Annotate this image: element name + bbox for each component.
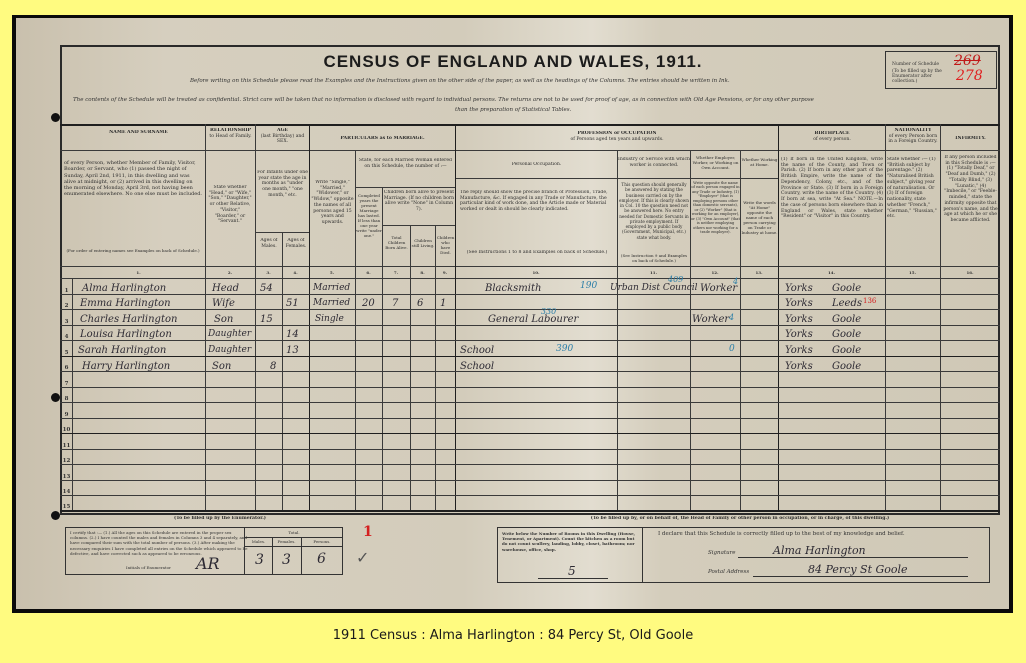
grid-line [245, 546, 343, 547]
census-form-border [60, 45, 1000, 515]
cell-town: Goole [832, 314, 861, 325]
column-number: 8. [410, 270, 435, 275]
cell-age-female: 13 [286, 345, 299, 356]
cell-relationship: Head [212, 283, 239, 294]
column-number: 12. [690, 270, 740, 275]
column-number: 4. [282, 270, 309, 275]
grid-line [778, 124, 779, 510]
rooms-box: Write below the Number of Rooms in this … [497, 527, 643, 583]
column-number: 6. [355, 270, 382, 275]
row-line [60, 325, 1000, 326]
enumerator-initials-label: Initials of Enumerator [126, 565, 171, 570]
column-number: 7. [382, 270, 410, 275]
cell-condition: Married [313, 283, 350, 293]
instruction-line-1: Before writing on this Schedule please r… [190, 78, 730, 84]
row-line [60, 418, 1000, 419]
schedule-number-corrected: 278 [956, 68, 983, 84]
cell-name: Emma Harlington [80, 298, 171, 309]
header-name: NAME AND SURNAME [72, 130, 205, 136]
header-industry-note: (See Instruction 9 and Examples on back … [619, 253, 689, 263]
row-number: 14 [61, 489, 72, 495]
header-birthplace: BIRTHPLACEof every person. [779, 131, 885, 142]
header-home-body: Write the words "At Home" opposite the n… [741, 200, 778, 235]
cell-condition: Married [313, 298, 350, 308]
postal-address: 84 Percy St Goole [808, 563, 908, 576]
cell-employer: Worker [692, 314, 729, 325]
grid-line [245, 537, 343, 538]
header-infirmity-body: If any person included in this Schedule … [942, 155, 999, 224]
cell-age-male: 15 [260, 314, 273, 325]
row-line [60, 387, 1000, 388]
postal-address-label: Postal Address [708, 569, 749, 576]
header-industry: Industry or Service with which worker is… [618, 157, 690, 168]
grid-line [72, 278, 73, 510]
header-married-woman: State, for each Married Woman entered on… [356, 158, 455, 169]
cell-county: Yorks [785, 345, 813, 356]
row-line [60, 464, 1000, 465]
header-nationality-body: State whether :— (1) "British subject by… [887, 157, 939, 220]
grid-line [885, 124, 886, 510]
header-age-males: Ages of Males. [256, 238, 282, 249]
cell-name: Louisa Harlington [80, 329, 172, 340]
cell-name: Alma Harlington [82, 283, 166, 294]
grid-line [382, 225, 455, 226]
cell-name: Charles Harlington [80, 314, 177, 325]
header-relationship-body: State whether "Head," or "Wife," "Son," … [207, 185, 253, 225]
row-number: 11 [61, 443, 72, 449]
check-mark: ✓ [356, 548, 369, 567]
row-number: 10 [61, 427, 72, 433]
cell-occupation-code: 190 [580, 281, 597, 291]
header-employer: Whether Employer, Worker, or Working on … [691, 155, 740, 170]
row-number: 6 [61, 365, 72, 371]
cell-county: Yorks [785, 298, 813, 309]
grid-line [205, 124, 206, 510]
total-males: 3 [255, 552, 264, 568]
row-number: 1 [61, 288, 72, 294]
grid-line [255, 124, 256, 510]
grid-line [410, 225, 411, 510]
cell-industry: Urban Dist Council [610, 283, 698, 293]
cell-birthplace-code: 136 [863, 297, 876, 305]
image-caption: 1911 Census : Alma Harlington : 84 Percy… [0, 628, 1026, 643]
cell-relationship: Daughter [208, 345, 251, 355]
column-number: 14. [778, 270, 885, 275]
row-number: 8 [61, 396, 72, 402]
enumerator-initials: AR [196, 554, 220, 573]
form-title: CENSUS OF ENGLAND AND WALES, 1911. [0, 52, 1026, 72]
header-name-body: of every Person, whether Member of Famil… [64, 160, 202, 198]
header-home: Whether Working at Home. [741, 157, 778, 167]
grid-line [60, 278, 1000, 279]
cell-county: Yorks [785, 314, 813, 325]
header-personal-occupation: Personal Occupation. [456, 162, 617, 168]
cell-occupation: Blacksmith [485, 283, 541, 294]
grid-line [455, 124, 456, 510]
total-persons: 6 [317, 551, 326, 567]
grid-line [60, 124, 1000, 126]
cell-name: Harry Harlington [82, 361, 170, 372]
head-section-heading: (To be filled up by, or on behalf of, th… [500, 516, 980, 522]
row-line [60, 433, 1000, 434]
header-profession: PROFESSION or OCCUPATIONof Persons aged … [456, 131, 778, 142]
row-number: 5 [61, 350, 72, 356]
persons-label: Persons. [301, 539, 343, 544]
grid-line [60, 150, 1000, 151]
cell-children-died: 1 [440, 298, 446, 309]
enumerator-box: I certify that :— (1.) All the ages on t… [65, 527, 343, 575]
cell-occupation-code: 330 [541, 307, 556, 316]
cell-county: Yorks [785, 283, 813, 294]
cell-occupation: School [460, 361, 494, 372]
punch-hole [51, 113, 60, 122]
cell-town: Goole [832, 345, 861, 356]
cell-relationship: Wife [212, 298, 235, 309]
cell-occupation: School [460, 345, 494, 356]
row-number: 4 [61, 334, 72, 340]
schedule-number-crossed: 269 [954, 53, 981, 69]
row-number: 2 [61, 303, 72, 309]
declaration-text: I declare that this Schedule is correctl… [658, 531, 905, 538]
row-line [60, 510, 1000, 512]
row-line [60, 495, 1000, 496]
grid-line [940, 124, 941, 510]
row-number: 15 [61, 504, 72, 510]
totals-box: Total. Males. Females. Persons. 3 3 6 [244, 528, 343, 574]
address-line [753, 576, 968, 577]
cell-industry-code: 409 [668, 275, 683, 284]
instruction-line-3: than the preparation of Statistical Tabl… [455, 107, 571, 113]
enumerator-heading: (To be filled up by the Enumerator.) [120, 516, 320, 522]
cell-relationship: Son [212, 361, 231, 372]
grid-line [355, 187, 455, 188]
cell-employer: Worker [700, 283, 737, 294]
total-label: Total. [245, 530, 343, 535]
cell-county: Yorks [785, 361, 813, 372]
row-line [60, 294, 1000, 295]
grid-line [435, 225, 436, 510]
cell-town: Goole [832, 329, 861, 340]
cell-employer-code: 4 [729, 313, 734, 322]
header-age-body: For Infants under one year state the age… [257, 170, 308, 199]
grid-line [617, 150, 618, 510]
rooms-count: 5 [568, 564, 576, 578]
grid-line [60, 266, 1000, 267]
header-marriage-condition: Write "Single," "Married," "Widower," or… [311, 180, 354, 226]
header-employer-body: Write opposite the name of each person e… [691, 181, 740, 235]
cell-county: Yorks [785, 329, 813, 340]
grid-line [309, 124, 310, 510]
cell-age-female: 51 [286, 298, 299, 309]
total-females: 3 [282, 552, 291, 568]
header-children-born: Children born alive to present Marriage.… [383, 190, 455, 213]
column-number: 3. [255, 270, 282, 275]
males-label: Males. [245, 539, 272, 544]
header-industry-body: This question should generally be answer… [619, 182, 689, 240]
row-number: 3 [61, 319, 72, 325]
cell-age-male: 8 [270, 361, 276, 372]
cell-town: Goole [832, 361, 861, 372]
row-line [60, 356, 1000, 357]
punch-hole [51, 393, 60, 402]
schedule-number-note: (To be filled up by the Enumerator after… [892, 69, 952, 84]
column-number: 1. [72, 270, 205, 275]
declaration-box: I declare that this Schedule is correctl… [643, 527, 990, 583]
red-tick-mark: 1 [363, 524, 373, 540]
rooms-line [538, 578, 608, 579]
signature-line [738, 557, 968, 558]
row-line [60, 480, 1000, 481]
row-line [60, 309, 1000, 310]
cell-children-born: 7 [392, 298, 398, 309]
females-label: Females. [272, 539, 301, 544]
cell-children-living: 6 [417, 298, 423, 309]
cell-name: Sarah Harlington [78, 345, 166, 356]
cell-condition: Single [315, 314, 344, 324]
header-age: AGE(last Birthday) and SEX. [256, 128, 309, 145]
row-number: 12 [61, 458, 72, 464]
cell-relationship: Daughter [208, 329, 251, 339]
instruction-line-2: The contents of the Schedule will be tre… [73, 97, 814, 103]
cell-employer-code: 0 [729, 344, 735, 354]
row-number: 9 [61, 412, 72, 418]
header-children-total: Total Children Born Alive. [383, 235, 410, 250]
enumerator-certification: I certify that :— (1.) All the ages on t… [70, 530, 250, 556]
header-personal-occupation-body: The reply should show the precise branch… [460, 190, 614, 213]
header-infirmity: INFIRMITY. [941, 136, 1000, 142]
cell-employer-code: 4 [733, 277, 738, 286]
row-line [60, 340, 1000, 341]
cell-occupation: General Labourer [488, 314, 578, 325]
column-number: 2. [205, 270, 255, 275]
cell-marriage-years: 20 [362, 298, 375, 309]
header-children-living: Children still Living. [411, 238, 435, 248]
row-line [60, 449, 1000, 450]
punch-hole [51, 511, 60, 520]
cell-town: Leeds [832, 298, 862, 309]
rooms-instruction: Write below the Number of Rooms in this … [502, 531, 638, 552]
row-line [60, 402, 1000, 403]
header-birthplace-body: (1) If born in the United Kingdom, write… [781, 157, 883, 220]
header-nationality: NATIONALITYof every Person born in a For… [886, 128, 940, 145]
cell-age-male: 54 [260, 283, 273, 294]
column-number: 9. [435, 270, 455, 275]
cell-relationship: Son [214, 314, 233, 325]
header-name-note: (For order of entering names see Example… [64, 248, 202, 253]
header-marriage: PARTICULARS as to MARRIAGE. [310, 136, 455, 142]
header-marriage-years: Completed years the present Marriage has… [356, 193, 382, 238]
cell-age-female: 14 [286, 329, 299, 340]
schedule-number-label: Number of Schedule [892, 62, 939, 67]
header-children-died: Children who have Died. [436, 235, 455, 255]
header-personal-occupation-note: (See Instructions 1 to 8 and Examples on… [460, 250, 614, 256]
row-number: 7 [61, 381, 72, 387]
cell-occupation-code: 390 [556, 344, 573, 354]
column-number: 10. [455, 270, 617, 275]
header-age-females: Ages of Females. [283, 238, 309, 249]
row-number: 13 [61, 474, 72, 480]
cell-town: Goole [832, 283, 861, 294]
column-number: 15. [885, 270, 940, 275]
column-number: 5. [309, 270, 355, 275]
signature: Alma Harlington [773, 544, 866, 557]
header-relationship: RELATIONSHIPto Head of Family. [206, 128, 255, 139]
signature-label: Signature [708, 550, 736, 557]
column-number: 13. [740, 270, 778, 275]
column-number: 16. [940, 270, 1000, 275]
schedule-number-box: Number of Schedule (To be filled up by t… [885, 51, 997, 89]
